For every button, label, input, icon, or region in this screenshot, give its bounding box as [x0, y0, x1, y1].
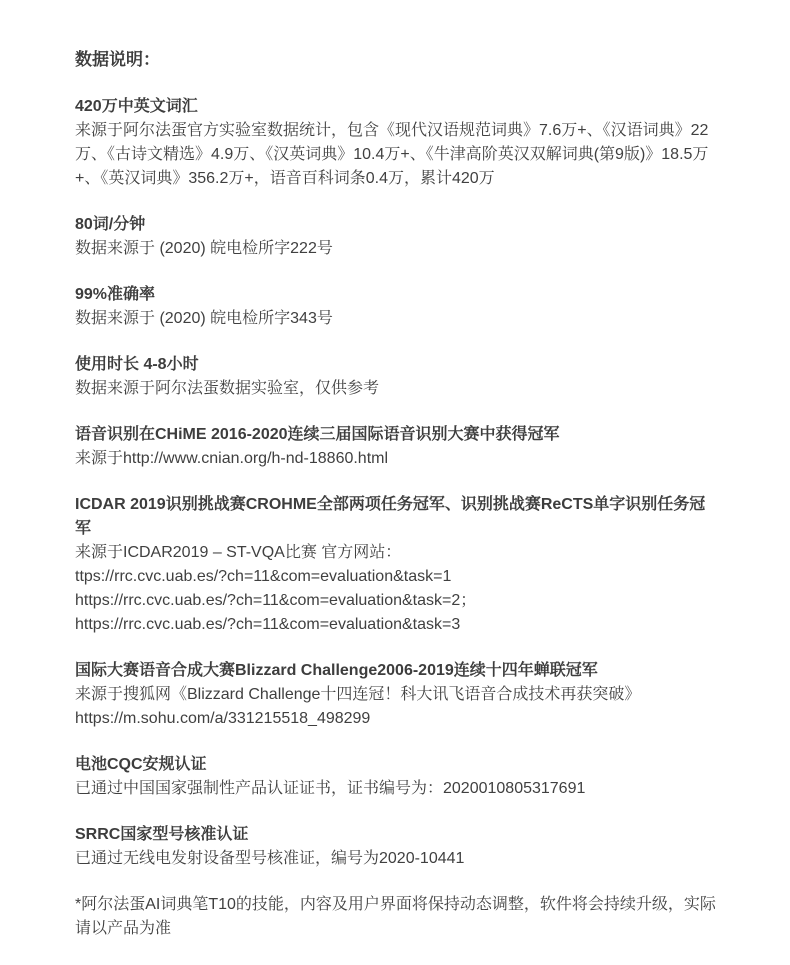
section-heading: 420万中英文词汇 — [75, 95, 718, 119]
section-line-url: https://rrc.cvc.uab.es/?ch=11&com=evalua… — [75, 589, 718, 613]
section-line-url: ttps://rrc.cvc.uab.es/?ch=11&com=evaluat… — [75, 565, 718, 589]
section-line-url: https://rrc.cvc.uab.es/?ch=11&com=evalua… — [75, 613, 718, 637]
disclaimer-footnote: *阿尔法蛋AI词典笔T10的技能，内容及用户界面将保持动态调整，软件将会持续升级… — [75, 893, 718, 941]
section-line: 已通过无线电发射设备型号核准证，编号为2020-10441 — [75, 847, 718, 871]
section-heading: 语音识别在CHiME 2016-2020连续三届国际语音识别大赛中获得冠军 — [75, 423, 718, 447]
section-heading: 使用时长 4-8小时 — [75, 353, 718, 377]
section-words-per-minute: 80词/分钟 数据来源于 (2020) 皖电检所字222号 — [75, 213, 718, 261]
section-srrc-certification: SRRC国家型号核准认证 已通过无线电发射设备型号核准证，编号为2020-104… — [75, 823, 718, 871]
section-cqc-certification: 电池CQC安规认证 已通过中国国家强制性产品认证证书，证书编号为：2020010… — [75, 753, 718, 801]
section-line: 来源于阿尔法蛋官方实验室数据统计，包含《现代汉语规范词典》7.6万+、《汉语词典… — [75, 119, 718, 191]
section-battery-life: 使用时长 4-8小时 数据来源于阿尔法蛋数据实验室，仅供参考 — [75, 353, 718, 401]
section-heading: 国际大赛语音合成大赛Blizzard Challenge2006-2019连续十… — [75, 659, 718, 683]
section-line: 来源于搜狐网《Blizzard Challenge十四连冠！科大讯飞语音合成技术… — [75, 683, 718, 707]
section-line: 来源于ICDAR2019 – ST-VQA比赛 官方网站： — [75, 541, 718, 565]
section-blizzard-award: 国际大赛语音合成大赛Blizzard Challenge2006-2019连续十… — [75, 659, 718, 731]
section-icdar-award: ICDAR 2019识别挑战赛CROHME全部两项任务冠军、识别挑战赛ReCTS… — [75, 493, 718, 637]
section-line: 数据来源于阿尔法蛋数据实验室，仅供参考 — [75, 377, 718, 401]
section-line: 来源于http://www.cnian.org/h-nd-18860.html — [75, 447, 718, 471]
section-heading: ICDAR 2019识别挑战赛CROHME全部两项任务冠军、识别挑战赛ReCTS… — [75, 493, 718, 541]
section-line: 数据来源于 (2020) 皖电检所字343号 — [75, 307, 718, 331]
section-heading: 电池CQC安规认证 — [75, 753, 718, 777]
section-line: 数据来源于 (2020) 皖电检所字222号 — [75, 237, 718, 261]
section-accuracy-rate: 99%准确率 数据来源于 (2020) 皖电检所字343号 — [75, 283, 718, 331]
section-heading: SRRC国家型号核准认证 — [75, 823, 718, 847]
section-line-url: https://m.sohu.com/a/331215518_498299 — [75, 707, 718, 731]
section-heading: 80词/分钟 — [75, 213, 718, 237]
data-notes-page: 数据说明： 420万中英文词汇 来源于阿尔法蛋官方实验室数据统计，包含《现代汉语… — [75, 48, 718, 941]
section-chime-award: 语音识别在CHiME 2016-2020连续三届国际语音识别大赛中获得冠军 来源… — [75, 423, 718, 471]
section-heading: 99%准确率 — [75, 283, 718, 307]
section-line: 已通过中国国家强制性产品认证证书，证书编号为：2020010805317691 — [75, 777, 718, 801]
page-title: 数据说明： — [75, 48, 718, 72]
section-vocabulary: 420万中英文词汇 来源于阿尔法蛋官方实验室数据统计，包含《现代汉语规范词典》7… — [75, 95, 718, 191]
